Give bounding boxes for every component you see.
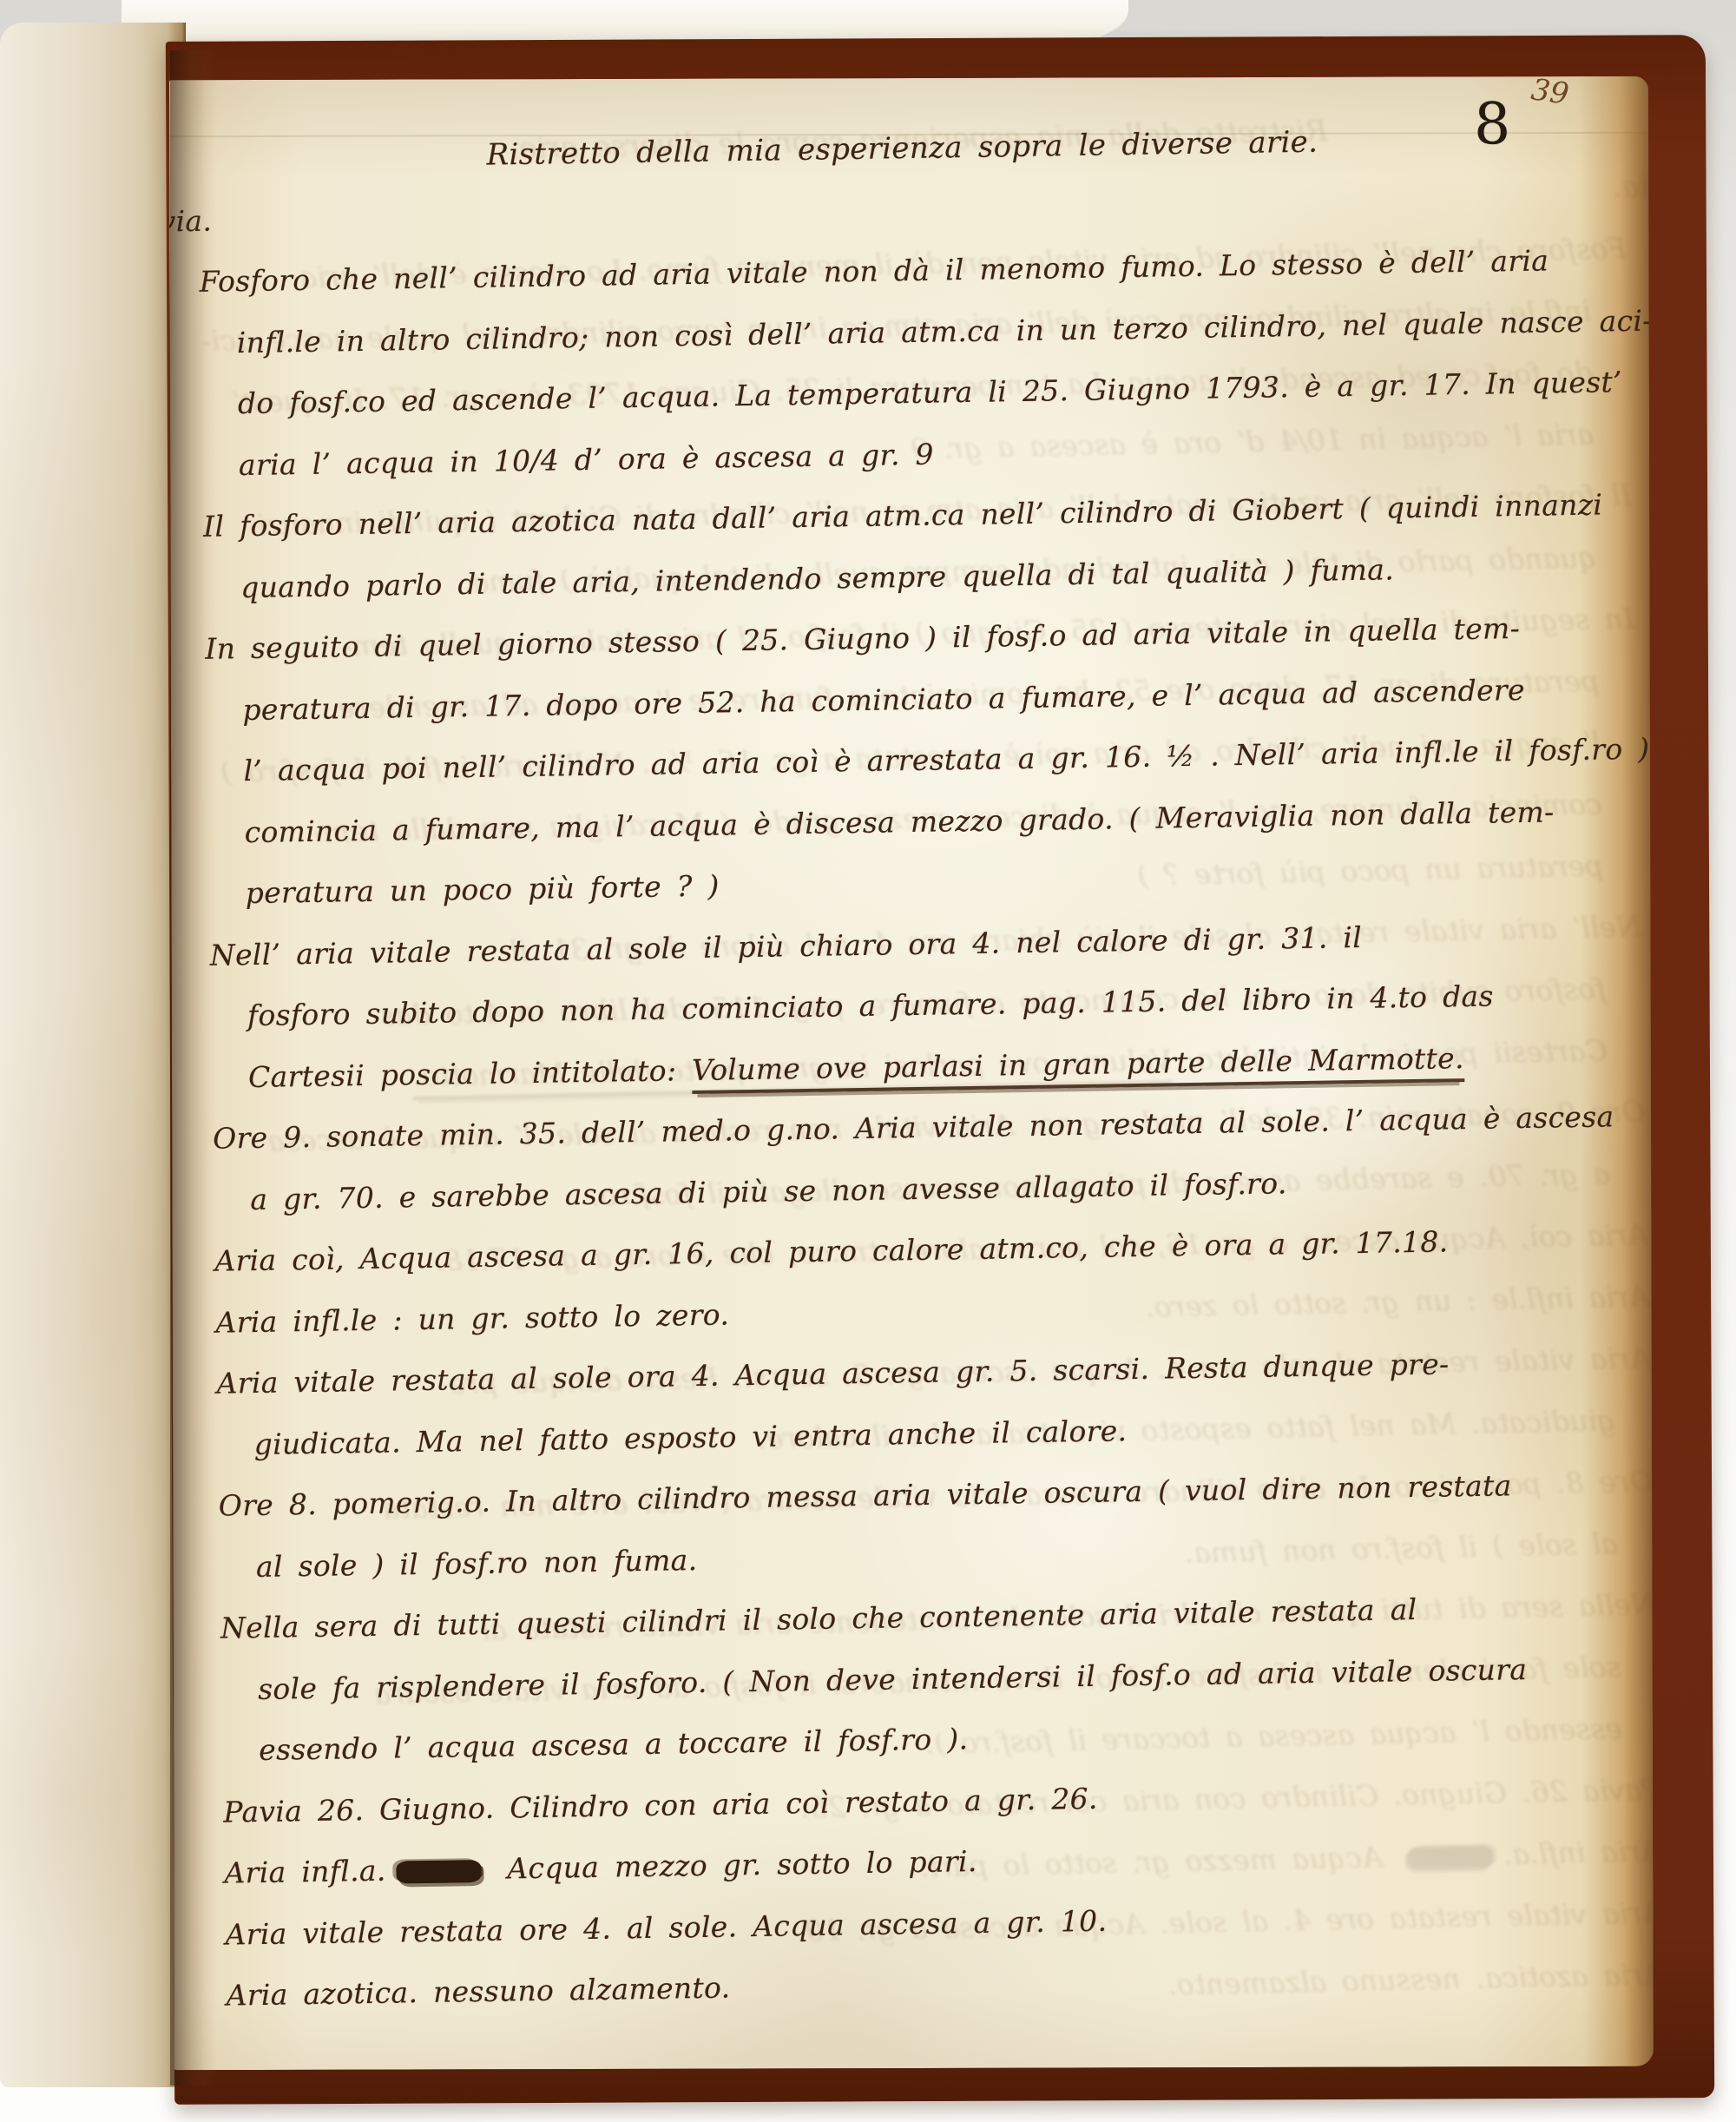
line-text: l’ acqua poi nell’ cilindro ad aria coì …: [243, 732, 1650, 788]
line-text: fosforo subito dopo non ha cominciato a …: [247, 979, 1494, 1033]
binding-gutter-shadow: [170, 50, 217, 2086]
folio-number: 39: [1529, 76, 1570, 112]
line-text: quando parlo di tale aria, intendendo se…: [240, 552, 1394, 604]
line-text: a gr. 70. e sarebbe ascesa di più se non…: [250, 1166, 1287, 1216]
manuscript-page: 8 39 Ristretto della mia esperienza sopr…: [169, 76, 1654, 2070]
line-text: Pavia 26. Giugno. Cilindro con aria coì …: [223, 1781, 1098, 1829]
line-text: Cartesii poscia lo intitolato:: [248, 1053, 693, 1094]
ink-blot: [396, 1860, 481, 1884]
line-text: aria l’ acqua in 10/4 d’ ora è ascesa a …: [239, 437, 934, 482]
line-text: peratura di gr. 17. dopo ore 52. ha comi…: [242, 672, 1525, 726]
line-text: Nella sera di tutti questi cilindri il s…: [220, 1592, 1417, 1645]
line-text: Il fosforo nell’ aria azotica nata dall’…: [203, 487, 1603, 543]
line-text: Aria infl.a.: [224, 1854, 386, 1890]
line-text: comincia a fumare, ma l’ acqua è discesa…: [244, 794, 1555, 849]
line-text: sole fa risplendere il fosforo. ( Non de…: [258, 1652, 1528, 1706]
line-text: essendo l’ acqua ascesa a toccare il fos…: [259, 1722, 969, 1767]
line-text: al sole ) il fosf.ro non fuma.: [256, 1543, 698, 1584]
line-text: In seguito di quel giorno stesso ( 25. G…: [205, 611, 1520, 666]
underlined-phrase: Volume ove parlasi in gran parte delle M…: [692, 1041, 1464, 1094]
line-text: Ore 9. sonate min. 35. dell’ med.o g.no.…: [213, 1099, 1614, 1155]
line-text: Acqua mezzo gr. sotto lo pari.: [491, 1844, 977, 1886]
line-text: Aria vitale restata al sole ora 4. Acqua…: [216, 1347, 1449, 1400]
line-text: Aria azotica. nessuno alzamento.: [226, 1970, 730, 2012]
line-text: giudicata. Ma nel fatto esposto vi entra…: [253, 1414, 1127, 1461]
line-text: do fosf.co ed ascende l’ acqua. La tempe…: [238, 365, 1623, 420]
facing-blank-page: [0, 23, 186, 2087]
line-text: infl.le in altro cilindro; non così dell…: [236, 303, 1652, 359]
line-text: Ristretto della mia esperienza sopra le …: [486, 125, 1318, 173]
manuscript-text: Ristretto della mia esperienza sopra le …: [183, 107, 1650, 2026]
line-text: Fosforo che nell’ cilindro ad aria vital…: [199, 243, 1549, 298]
line-text: Aria vitale restata ore 4. al sole. Acqu…: [225, 1903, 1107, 1951]
line-text: Aria infl.le : un gr. sotto lo zero.: [215, 1297, 729, 1339]
line-text: peratura un poco più forte ? ): [245, 869, 720, 911]
manuscript-photo: 8 39 Ristretto della mia esperienza sopr…: [0, 0, 1736, 2122]
line-text: Nell’ aria vitale restata al sole il più…: [210, 919, 1363, 972]
line-text: Ore 8. pomerig.o. In altro cilindro mess…: [219, 1468, 1512, 1522]
line-text: Aria coì, Acqua ascesa a gr. 16, col pur…: [214, 1224, 1449, 1277]
